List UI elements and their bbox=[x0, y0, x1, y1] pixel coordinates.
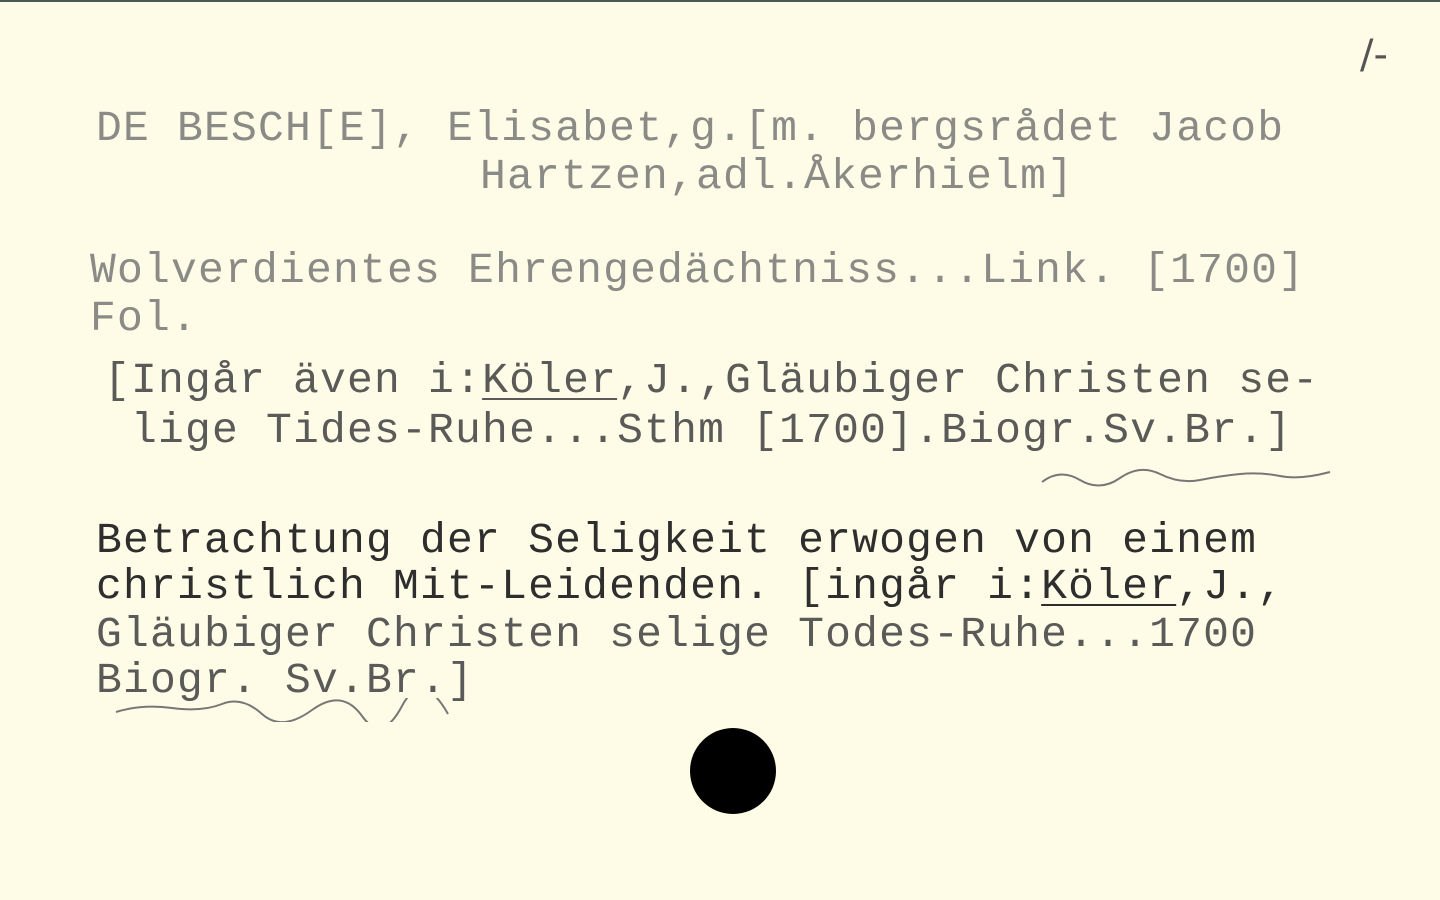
entry2-line-3: Gläubiger Christen selige Todes-Ruhe...1… bbox=[96, 612, 1257, 658]
wavy-underline-2 bbox=[112, 698, 452, 722]
entry2-line-2-rest: ,J., bbox=[1176, 562, 1284, 611]
author-name: DE BESCH[E], bbox=[96, 104, 420, 153]
entry1-title-line-1: Wolverdientes Ehrengedächtniss...Link. [… bbox=[90, 248, 1305, 294]
entry1-note-line-2: lige Tides-Ruhe...Sthm [1700].Biogr.Sv.B… bbox=[104, 408, 1292, 454]
koler-reference: Köler bbox=[482, 356, 617, 405]
entry1-note-line-1: [Ingår även i:Köler,J.,Gläubiger Christe… bbox=[104, 358, 1319, 404]
catalog-card: /- DE BESCH[E], Elisabet,g.[m. bergsråde… bbox=[0, 0, 1440, 900]
entry2-line-2-prefix: christlich Mit-Leidenden. [ingår i: bbox=[96, 562, 1041, 611]
author-details: Elisabet,g.[m. bergsrådet Jacob bbox=[447, 104, 1284, 153]
filing-hole bbox=[690, 728, 776, 814]
koler-reference-2: Köler bbox=[1041, 562, 1176, 611]
heading-line-2: Hartzen,adl.Åkerhielm] bbox=[480, 154, 1074, 200]
entry2-line-2: christlich Mit-Leidenden. [ingår i:Köler… bbox=[96, 564, 1284, 610]
entry1-title-line-2: Fol. bbox=[90, 296, 198, 342]
corner-mark: /- bbox=[1360, 32, 1388, 78]
note-prefix: [Ingår även i: bbox=[104, 356, 482, 405]
note-rest: ,J.,Gläubiger Christen se- bbox=[617, 356, 1319, 405]
wavy-underline-1 bbox=[1040, 464, 1340, 488]
entry2-line-1: Betrachtung der Seligkeit erwogen von ei… bbox=[96, 518, 1257, 564]
heading-line-1: DE BESCH[E], Elisabet,g.[m. bergsrådet J… bbox=[96, 106, 1284, 152]
